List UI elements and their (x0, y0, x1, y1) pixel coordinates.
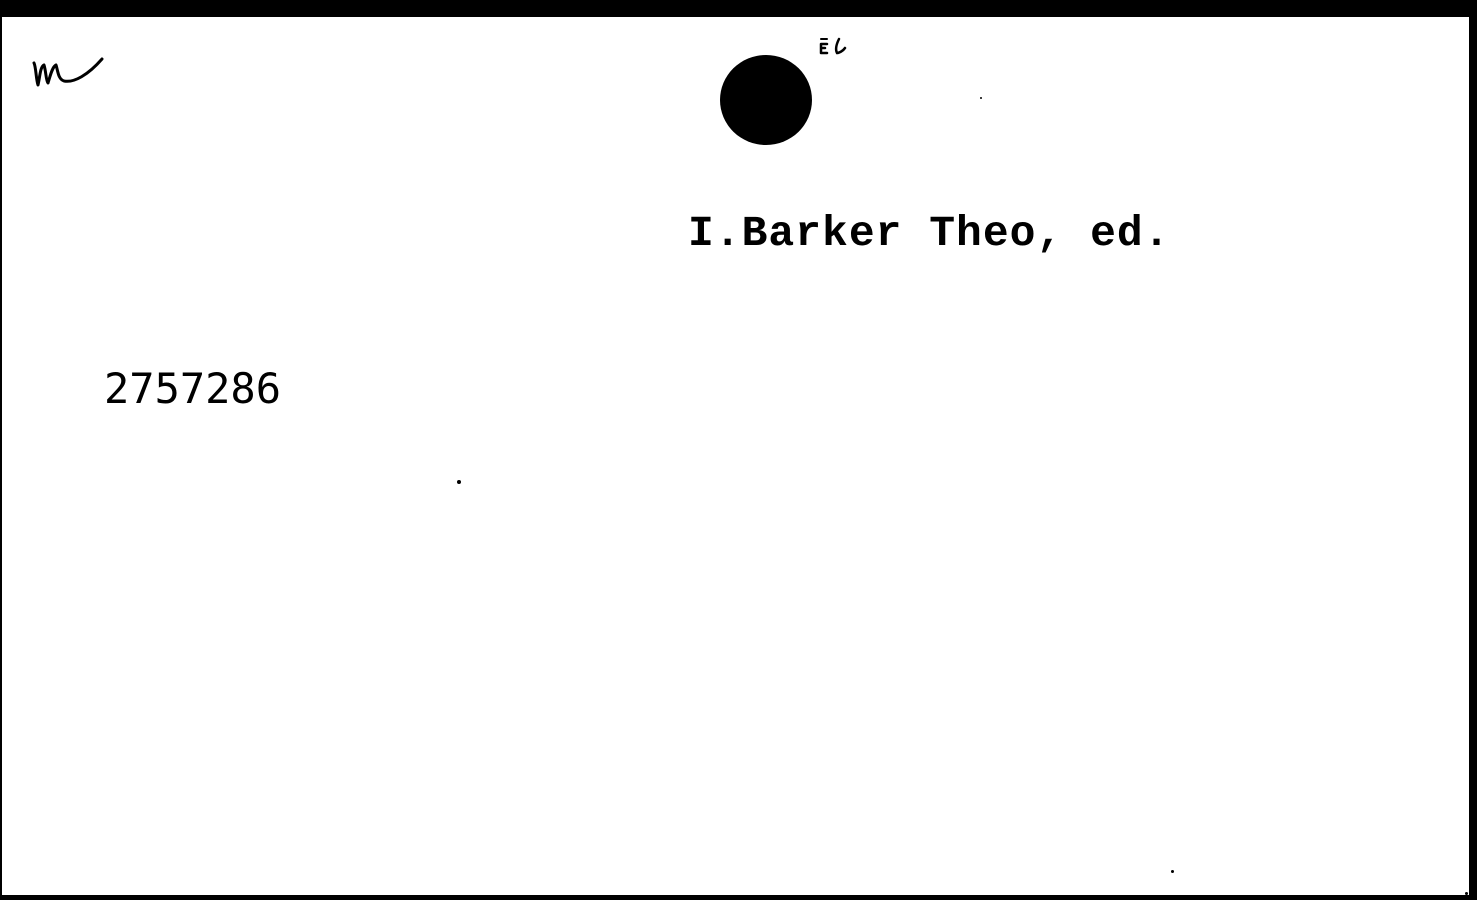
call-number: 2757286 (104, 364, 281, 413)
handwritten-initial-mark: m (30, 37, 110, 87)
catalog-card: m EL I.Barker Theo, ed. 2757286 (2, 17, 1469, 895)
ink-speck (1465, 892, 1468, 895)
ink-speck (457, 480, 461, 484)
handwritten-annotation: EL (815, 31, 865, 61)
ink-speck (980, 97, 982, 99)
punch-hole (720, 55, 812, 145)
ink-speck (1171, 870, 1174, 873)
author-heading: I.Barker Theo, ed. (688, 209, 1170, 258)
